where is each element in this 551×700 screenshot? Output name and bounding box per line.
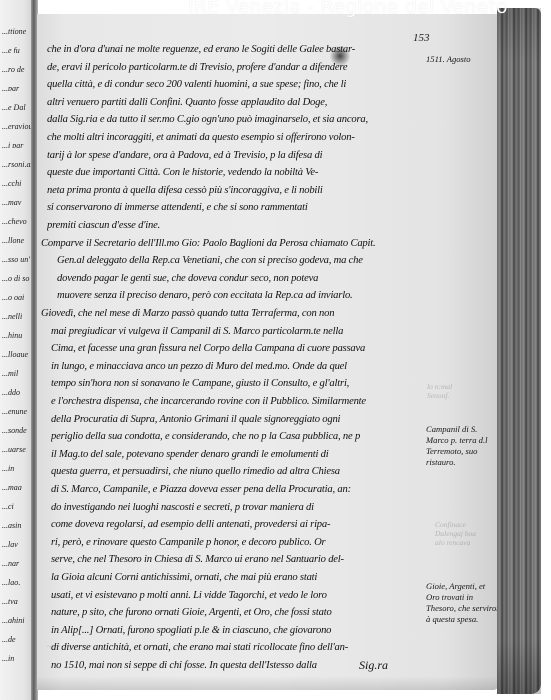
left-page-fragment: ...enune: [2, 408, 32, 414]
watermark: IRE Venezia - Regione del Veneto: [188, 0, 508, 18]
bleed-through-text: lo n:malSenonf.: [427, 382, 452, 400]
manuscript-line: quella città, e di condur seco 200 valen…: [47, 79, 392, 90]
manuscript-line: di diverse antichità, et ornati, che era…: [51, 642, 392, 653]
left-page-fragment: ...sonde: [2, 427, 32, 433]
margin-note-line: Campanil di S.: [426, 424, 488, 435]
manuscript-line: nature, p sito, che furono ornati Gioie,…: [51, 607, 392, 618]
manuscript-line: Giovedì, che nel mese di Marzo passò qua…: [41, 308, 392, 319]
manuscript-line: neta prima pronta à quella difesa cessò …: [47, 185, 392, 196]
manuscript-line: Cima, et facesse una gran fissura nel Co…: [51, 343, 392, 354]
catchword: Sig.ra: [359, 658, 388, 673]
left-page-fragment: ...nelli: [2, 313, 32, 319]
left-page-fragment: ...ttione: [2, 28, 32, 34]
left-page-fragment: ...eraviou: [2, 123, 32, 129]
left-page-fragment: ...o ogi: [2, 294, 32, 300]
left-facing-page: ...ttione...e fu...ro de...par...e Dal..…: [0, 0, 34, 700]
left-page-fragment: ...nar: [2, 560, 32, 566]
margin-note-line: Gioie, Argenti, et: [426, 581, 505, 592]
left-page-fragment: ...llone: [2, 237, 32, 243]
left-page-fragment: ...sso un': [2, 256, 32, 262]
left-page-fragment: ...ddo: [2, 389, 32, 395]
manuscript-line: mai pregiudicar vi vulgeva il Campanil d…: [51, 326, 392, 337]
left-page-fragment: ...par: [2, 85, 32, 91]
manuscript-line: il Mag.to del sale, potevano spender den…: [51, 449, 392, 460]
left-page-fragment: ...lav: [2, 541, 32, 547]
margin-note-treasure: Gioie, Argenti, et Oro trovati in Thesor…: [426, 581, 505, 625]
manuscript-line: in lungo, e minacciava anco un pezzo di …: [51, 361, 392, 372]
margin-note-line: Marco p. terra d.l: [426, 435, 488, 446]
left-page-fragment: ...i par: [2, 142, 32, 148]
margin-note-line: à questa spesa.: [426, 614, 505, 625]
manuscript-line: la Gioia alcuni Corni antichissimi, orna…: [51, 572, 392, 583]
manuscript-line: si conservarono di immerse attendenti, e…: [47, 202, 392, 213]
left-page-fragment: ...o di so: [2, 275, 32, 281]
manuscript-line: della Procuratia di Supra, Antonio Grima…: [51, 414, 392, 425]
manuscript-scan: ...ttione...e fu...ro de...par...e Dal..…: [0, 0, 551, 700]
manuscript-line: e l'orchestra dispensa, che incarcerando…: [51, 396, 392, 407]
left-page-fragment: ...e Dal: [2, 104, 32, 110]
margin-note-line: Oro trovati in: [426, 592, 505, 603]
manuscript-line: questa guerra, et persuadirsi, che niuno…: [51, 466, 392, 477]
manuscript-line: dalla Sig.ria e da tutto il ser.mo C.gio…: [47, 114, 392, 125]
page-number: 153: [413, 32, 430, 44]
manuscript-line: premiti ciascun d'esse d'ine.: [47, 220, 197, 231]
left-page-fragment: ...mav: [2, 199, 32, 205]
left-page-fragment: ...de: [2, 636, 32, 642]
manuscript-line: come doveva regolarsi, ad esempio delli …: [51, 519, 392, 530]
manuscript-line: ri, però, e rinovare questo Campanile p …: [51, 537, 392, 548]
margin-note-line: ristauro.: [426, 457, 488, 468]
manuscript-line: usati, et vi esistevano p molti anni. Li…: [51, 590, 392, 601]
margin-note-campanile: Campanil di S. Marco p. terra d.l Terrem…: [426, 424, 488, 468]
manuscript-line: di S. Marco, Campanile, e Piazza doveva …: [51, 484, 392, 495]
manuscript-line: altri venuero partiti dalli Confini. Qua…: [47, 97, 392, 108]
manuscript-line: che in d'ora d'unai ne molte reguenze, e…: [47, 44, 392, 55]
manuscript-line: che molti altri incoraggiti, et animati …: [47, 132, 392, 143]
left-page-fragment: ...lloque: [2, 351, 32, 357]
manuscript-line: no 1510, mai non si seppe di chi fosse. …: [51, 660, 392, 671]
manuscript-line: periglio della sua condotta, e considera…: [51, 431, 392, 442]
bleed-through-text: ConfinaceDalengaj boaalo rencava: [435, 520, 476, 547]
left-page-fragment: ...tva: [2, 598, 32, 604]
manuscript-line: dovendo pagar le genti sue, che doveva c…: [57, 273, 392, 284]
manuscript-line: muovere senza il preciso denaro, però co…: [57, 290, 392, 301]
left-page-fragment: ...in: [2, 465, 32, 471]
manuscript-line: Gen.al deleggato della Rep.ca Venetiani,…: [57, 255, 392, 266]
manuscript-line: de, eravi il pericolo particolarm.te di …: [47, 62, 392, 73]
left-page-fragment: ...ghini: [2, 617, 32, 623]
margin-note-line: Thesoro, che servirono: [426, 603, 505, 614]
manuscript-line: Comparve il Secretario dell'Ill.mo Gio: …: [41, 238, 392, 249]
manuscript-line: tarij à lor spese d'andare, ora à Padova…: [47, 150, 392, 161]
left-page-fragment: ...uarse: [2, 446, 32, 452]
manuscript-line: in Alip[...] Ornati, furono spogliati p.…: [51, 625, 392, 636]
left-page-fragment: ...ro de: [2, 66, 32, 72]
book-page-edges: [497, 8, 541, 694]
left-page-fragment: ...ci: [2, 503, 32, 509]
left-page-fragment: ...mil: [2, 370, 32, 376]
left-page-fragment: ...rsoni,gs: [2, 161, 32, 167]
left-page-fragment: ...cchi: [2, 180, 32, 186]
manuscript-page: lo n:malSenonf. ConfinaceDalengaj boaalo…: [37, 14, 499, 690]
left-page-fragment: ...lao,: [2, 579, 32, 585]
left-page-fragment: ...mag: [2, 484, 32, 490]
margin-note-line: Terremoto, suo: [426, 446, 488, 457]
left-page-fragment: ...in: [2, 655, 32, 661]
left-page-fragment: ...chevo: [2, 218, 32, 224]
manuscript-line: queste due importanti Città. Con le hist…: [47, 167, 392, 178]
manuscript-line: do investigando nei luoghi nascosti e se…: [51, 502, 392, 513]
manuscript-line: serve, che nel Thesoro in Chiesa di S. M…: [51, 554, 392, 565]
margin-note-date: 1511. Agosto: [426, 54, 471, 65]
left-page-fragment: ...hinu: [2, 332, 32, 338]
manuscript-line: tempo sin'hora non si sonavano le Campan…: [51, 378, 392, 389]
left-page-fragment: ...asin: [2, 522, 32, 528]
left-page-fragment: ...e fu: [2, 47, 32, 53]
